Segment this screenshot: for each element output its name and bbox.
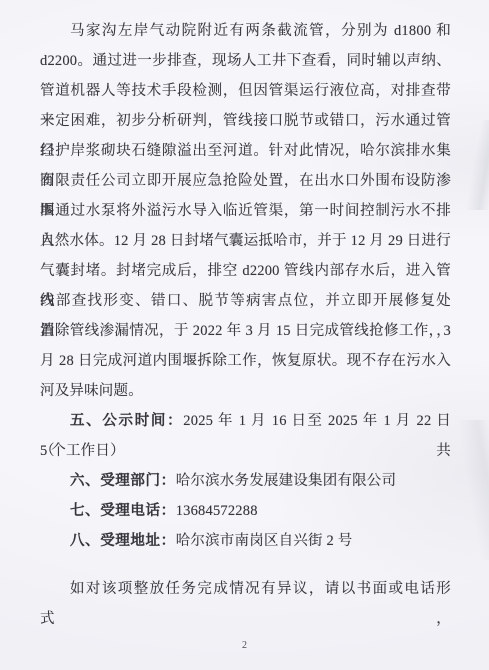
paragraph-line: 河及异味问题。 bbox=[40, 376, 451, 406]
paragraph-line: 自然水体。12 月 28 日封堵气囊运抵哈市，并于 12 月 29 日进行 bbox=[40, 226, 451, 256]
item-label: 六、受理部门： bbox=[70, 473, 176, 489]
numbered-item-line: 六、受理部门：哈尔滨水务发展建设集团有限公司 bbox=[40, 466, 451, 496]
page-number: 2 bbox=[0, 640, 489, 651]
paragraph-line: 消除管线渗漏情况，于 2022 年 3 月 15 日完成管线抢修工作，3 bbox=[40, 316, 451, 346]
scanned-document-page: 马家沟左岸气动院附近有两条截流管，分别为 d1800 和d2200。通过进一步排… bbox=[0, 0, 489, 670]
paragraph-line: 一定困难，初步分析研判，管线接口脱节或错口，污水通过管口 bbox=[40, 106, 451, 136]
paragraph-line: 马家沟左岸气动院附近有两条截流管，分别为 d1800 和 bbox=[40, 16, 451, 46]
numbered-items: 五、公示时间：2025 年 1 月 16 日至 2025 年 1 月 22 日（… bbox=[40, 406, 451, 556]
paragraph-line: d2200。通过进一步排查，现场人工井下查看，同时辅以声纳、 bbox=[40, 46, 451, 76]
paragraph-line: 气囊封堵。封堵完成后，排空 d2200 管线内部存水后，进入管线 bbox=[40, 256, 451, 286]
numbered-item-line: 八、受理地址：哈尔滨市南岗区自兴街 2 号 bbox=[40, 526, 451, 556]
main-paragraph: 马家沟左岸气动院附近有两条截流管，分别为 d1800 和d2200。通过进一步排… bbox=[40, 16, 451, 406]
item-label: 七、受理电话： bbox=[70, 503, 176, 519]
document-content: 马家沟左岸气动院附近有两条截流管，分别为 d1800 和d2200。通过进一步排… bbox=[40, 16, 451, 604]
numbered-item-line: 五、公示时间：2025 年 1 月 16 日至 2025 年 1 月 22 日（… bbox=[40, 406, 451, 436]
paper-crease bbox=[459, 420, 489, 560]
item-label: 八、受理地址： bbox=[70, 533, 176, 549]
numbered-item-line: 七、受理电话：13684572288 bbox=[40, 496, 451, 526]
paragraph-line: 月 28 日完成河道内围堰拆除工作，恢复原状。现不存在污水入 bbox=[40, 346, 451, 376]
closing-paragraph-line: 如对该项整放任务完成情况有异议，请以书面或电话形式， bbox=[40, 574, 451, 604]
paragraph-line: 管道机器人等技术手段检测，但因管渠运行液位高，对排查带来 bbox=[40, 76, 451, 106]
item-label: 五、公示时间： bbox=[70, 413, 183, 429]
paragraph-line: 内部查找形变、错口、脱节等病害点位，并立即开展修复处置， bbox=[40, 286, 451, 316]
paragraph-line: 经护岸浆砌块石缝隙溢出至河道。针对此情况，哈尔滨排水集团 bbox=[40, 136, 451, 166]
paper-crease bbox=[465, 120, 489, 210]
paragraph-line: 有限责任公司立即开展应急抢险处置，在出水口外围布设防渗围 bbox=[40, 166, 451, 196]
paragraph-line: 堰通过水泵将外溢污水导入临近管渠，第一时间控制污水不排入 bbox=[40, 196, 451, 226]
